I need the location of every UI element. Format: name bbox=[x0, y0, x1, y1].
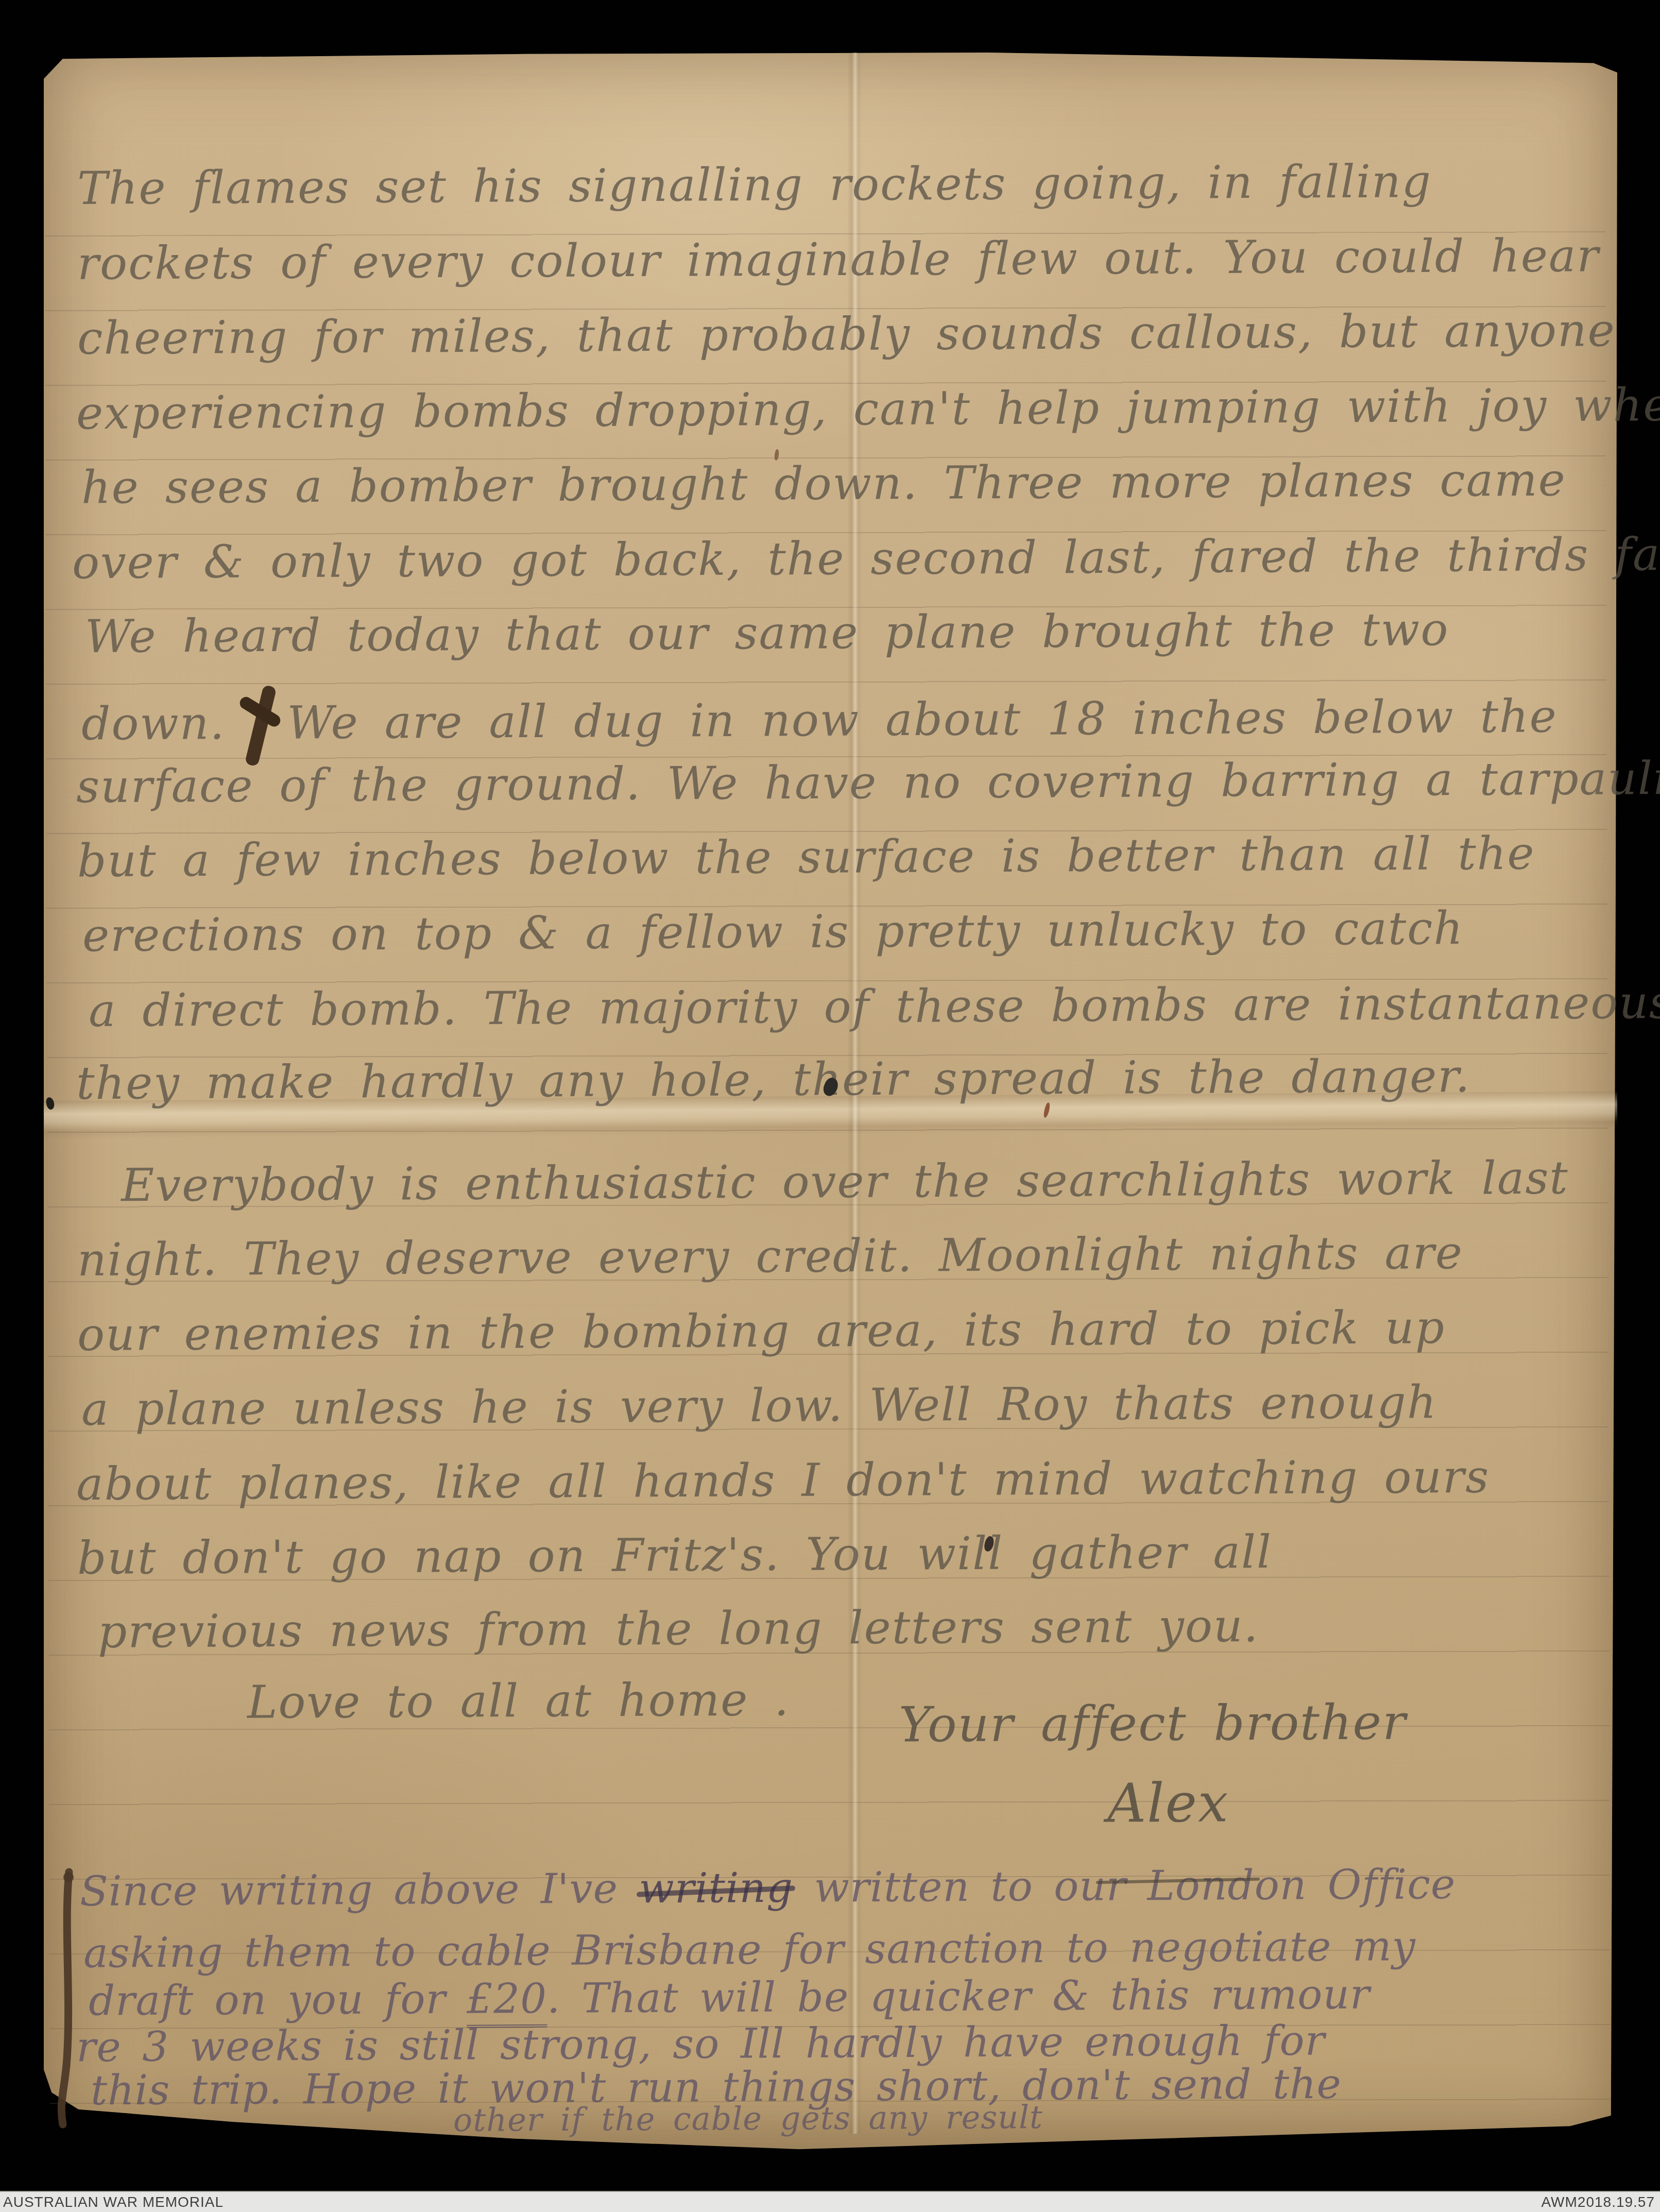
letter-line: our enemies in the bombing area, its har… bbox=[77, 1305, 1445, 1357]
letter-line: down.We are all dug in now about 18 inch… bbox=[81, 681, 1558, 746]
letter-line: draft on you for £20. That will be quick… bbox=[89, 1973, 1371, 2021]
accession-number-label: AWM2018.19.57 bbox=[1541, 2194, 1655, 2210]
letter-line: but a few inches below the surface is be… bbox=[77, 831, 1535, 884]
letter-line: surface of the ground. We have no coveri… bbox=[76, 756, 1660, 809]
letter-line: Love to all at home . bbox=[247, 1677, 790, 1725]
letter-line: erections on top & a fellow is pretty un… bbox=[82, 906, 1464, 958]
letter-line-segment: down. bbox=[81, 696, 226, 750]
letter-line: We heard today that our same plane broug… bbox=[85, 607, 1449, 659]
margin-ink-line bbox=[56, 1868, 82, 2131]
letter-line-segment: . That will be quicker & this rumour bbox=[547, 1970, 1371, 2022]
letter-line: cheering for miles, that probably sounds… bbox=[77, 308, 1616, 361]
letter-line-segment: writing bbox=[639, 1864, 793, 1913]
letter-line: Since writing above I've writing written… bbox=[80, 1864, 1456, 1912]
letter-line-segment: draft on you for bbox=[89, 1975, 467, 2025]
letter-line: The flames set his signalling rockets go… bbox=[77, 159, 1432, 211]
letter-line-segment: written to our London Office bbox=[793, 1860, 1456, 1912]
caption-bar: AUSTRALIAN WAR MEMORIAL AWM2018.19.57 bbox=[0, 2191, 1660, 2212]
letter-line: other if the cable gets any result bbox=[453, 2101, 1043, 2136]
letter-line: night. They deserve every credit. Moonli… bbox=[77, 1230, 1463, 1283]
ink-cross-mark bbox=[233, 688, 283, 765]
letter-line: previous news from the long letters sent… bbox=[98, 1603, 1259, 1655]
letter-line-segment: £20 bbox=[467, 1975, 547, 2028]
letter-line: Your affect brother bbox=[899, 1698, 1407, 1749]
letter-line: about planes, like all hands I don't min… bbox=[76, 1454, 1490, 1507]
letter-line: a direct bomb. The majority of these bom… bbox=[89, 980, 1660, 1033]
archive-name-label: AUSTRALIAN WAR MEMORIAL bbox=[3, 2194, 224, 2210]
letter-line: a plane unless he is very low. Well Roy … bbox=[81, 1380, 1437, 1432]
scan-page: The flames set his signalling rockets go… bbox=[0, 0, 1660, 2212]
letter-line: he sees a bomber brought down. Three mor… bbox=[81, 457, 1566, 510]
letter-line: experiencing bombs dropping, can't help … bbox=[76, 382, 1660, 436]
letter-line: Alex bbox=[1107, 1776, 1229, 1830]
letter-line: over & only two got back, the second las… bbox=[72, 532, 1660, 586]
letter-line: rockets of every colour imaginable flew … bbox=[77, 233, 1600, 286]
letter-line-segment: We are all dug in now about 18 inches be… bbox=[287, 689, 1558, 749]
letter-line: asking them to cable Brisbane for sancti… bbox=[83, 1926, 1416, 1974]
letter-line-segment: Since writing above I've bbox=[80, 1864, 639, 1915]
letter-line: Everybody is enthusiastic over the searc… bbox=[121, 1155, 1569, 1209]
letter-line: they make hardly any hole, their spread … bbox=[76, 1053, 1471, 1106]
letter-line: but don't go nap on Fritz's. You will ga… bbox=[77, 1529, 1272, 1581]
